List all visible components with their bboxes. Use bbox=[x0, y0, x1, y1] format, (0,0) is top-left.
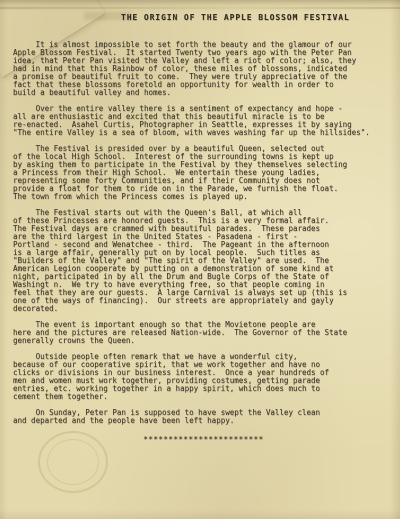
paragraph-cooperative-spirit: Outside people often remark that we have… bbox=[13, 353, 394, 401]
paragraph-festival-queen: The Festival is presided over by a beaut… bbox=[13, 145, 394, 201]
paragraph-origin-intro: It is almost impossible to set forth the… bbox=[13, 41, 394, 97]
document-title: THE ORIGIN OF THE APPLE BLOSSOM FESTIVAL bbox=[121, 13, 400, 22]
document-body: It is almost impossible to set forth the… bbox=[0, 41, 400, 444]
asterisk-divider: ************************ bbox=[13, 436, 394, 444]
paper-top-crease bbox=[0, 7, 400, 9]
paragraph-valley-sentiment: Over the entire valley there is a sentim… bbox=[13, 105, 394, 137]
paragraph-movietone-governor: The event is important enough so that th… bbox=[13, 321, 394, 345]
typewritten-document-page: THE ORIGIN OF THE APPLE BLOSSOM FESTIVAL… bbox=[0, 0, 400, 519]
paragraph-queens-ball-parades: The Festival starts out with the Queen's… bbox=[13, 209, 394, 313]
paragraph-peter-pan-sunday: On Sunday, Peter Pan is supposed to have… bbox=[13, 409, 394, 425]
